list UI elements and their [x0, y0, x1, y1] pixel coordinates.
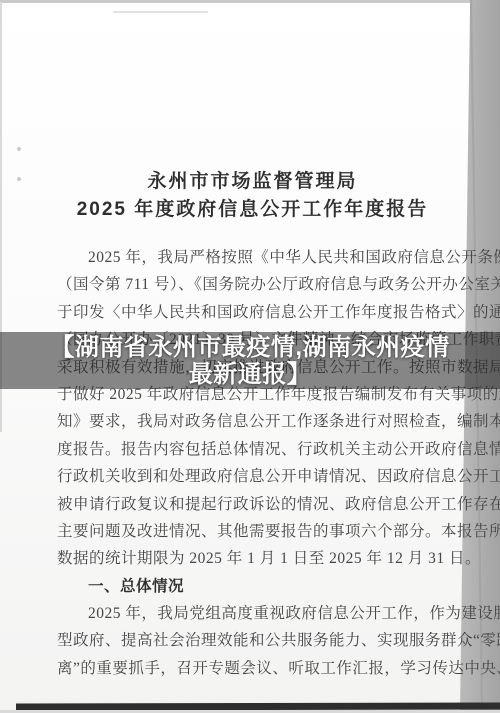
body-line: 被申请行政复议和提起行政诉讼的情况、政府信息公开工作存在的	[57, 491, 448, 518]
document-body: 2025 年，我局严格按照《中华人民共和国政府信息公开条例》 （国令第 711 …	[57, 244, 448, 682]
body-line: 2025 年，我局党组高度重视政府信息公开工作，作为建设服务	[57, 600, 448, 627]
body-line: 型政府、提高社会治理效能和公共服务能力、实现服务群众“零距	[57, 627, 448, 654]
document-title: 永州市市场监督管理局 2025 年度政府信息公开工作年度报告	[57, 168, 448, 224]
body-line: 主要问题及改进情况、其他需要报告的事项六个部分。本报告所列	[57, 518, 448, 545]
overlay-watermark-banner: 【湖南省永州市最疫情,湖南永州疫情 最新通报】	[0, 332, 500, 389]
punch-hole-mark	[17, 147, 21, 151]
body-line: 于印发〈中华人民共和国政府信息公开工作年度报告格式〉的通知》	[57, 299, 448, 326]
body-line: （国令第 711 号）、《国务院办公厅政府信息与政务公开办公室关	[57, 271, 448, 298]
punch-hole-mark	[17, 177, 21, 181]
section-heading: 一、总体情况	[57, 573, 448, 600]
body-line: 数据的统计期限为 2025 年 1 月 1 日至 2025 年 12 月 31 …	[57, 545, 448, 572]
banner-text-line-2: 最新通报】	[189, 361, 312, 388]
page-number: 1	[0, 658, 500, 670]
scanned-document-page: 永州市市场监督管理局 2025 年度政府信息公开工作年度报告 2025 年，我局…	[0, 0, 500, 713]
body-line: 2025 年，我局严格按照《中华人民共和国政府信息公开条例》	[57, 244, 448, 271]
body-line: 行政机关收到和处理政府信息公开申请情况、因政府信息公开工作	[57, 463, 448, 490]
title-line-2: 2025 年度政府信息公开工作年度报告	[57, 196, 448, 224]
body-line: 知》要求，我局对政务信息公开工作逐条进行对照检查，编制本年	[57, 408, 448, 435]
body-line: 度报告。报告内容包括总体情况、行政机关主动公开政府信息情况、	[57, 436, 448, 463]
banner-text-line-1: 【湖南省永州市最疫情,湖南永州疫情	[50, 334, 449, 361]
title-line-1: 永州市市场监督管理局	[57, 168, 448, 196]
